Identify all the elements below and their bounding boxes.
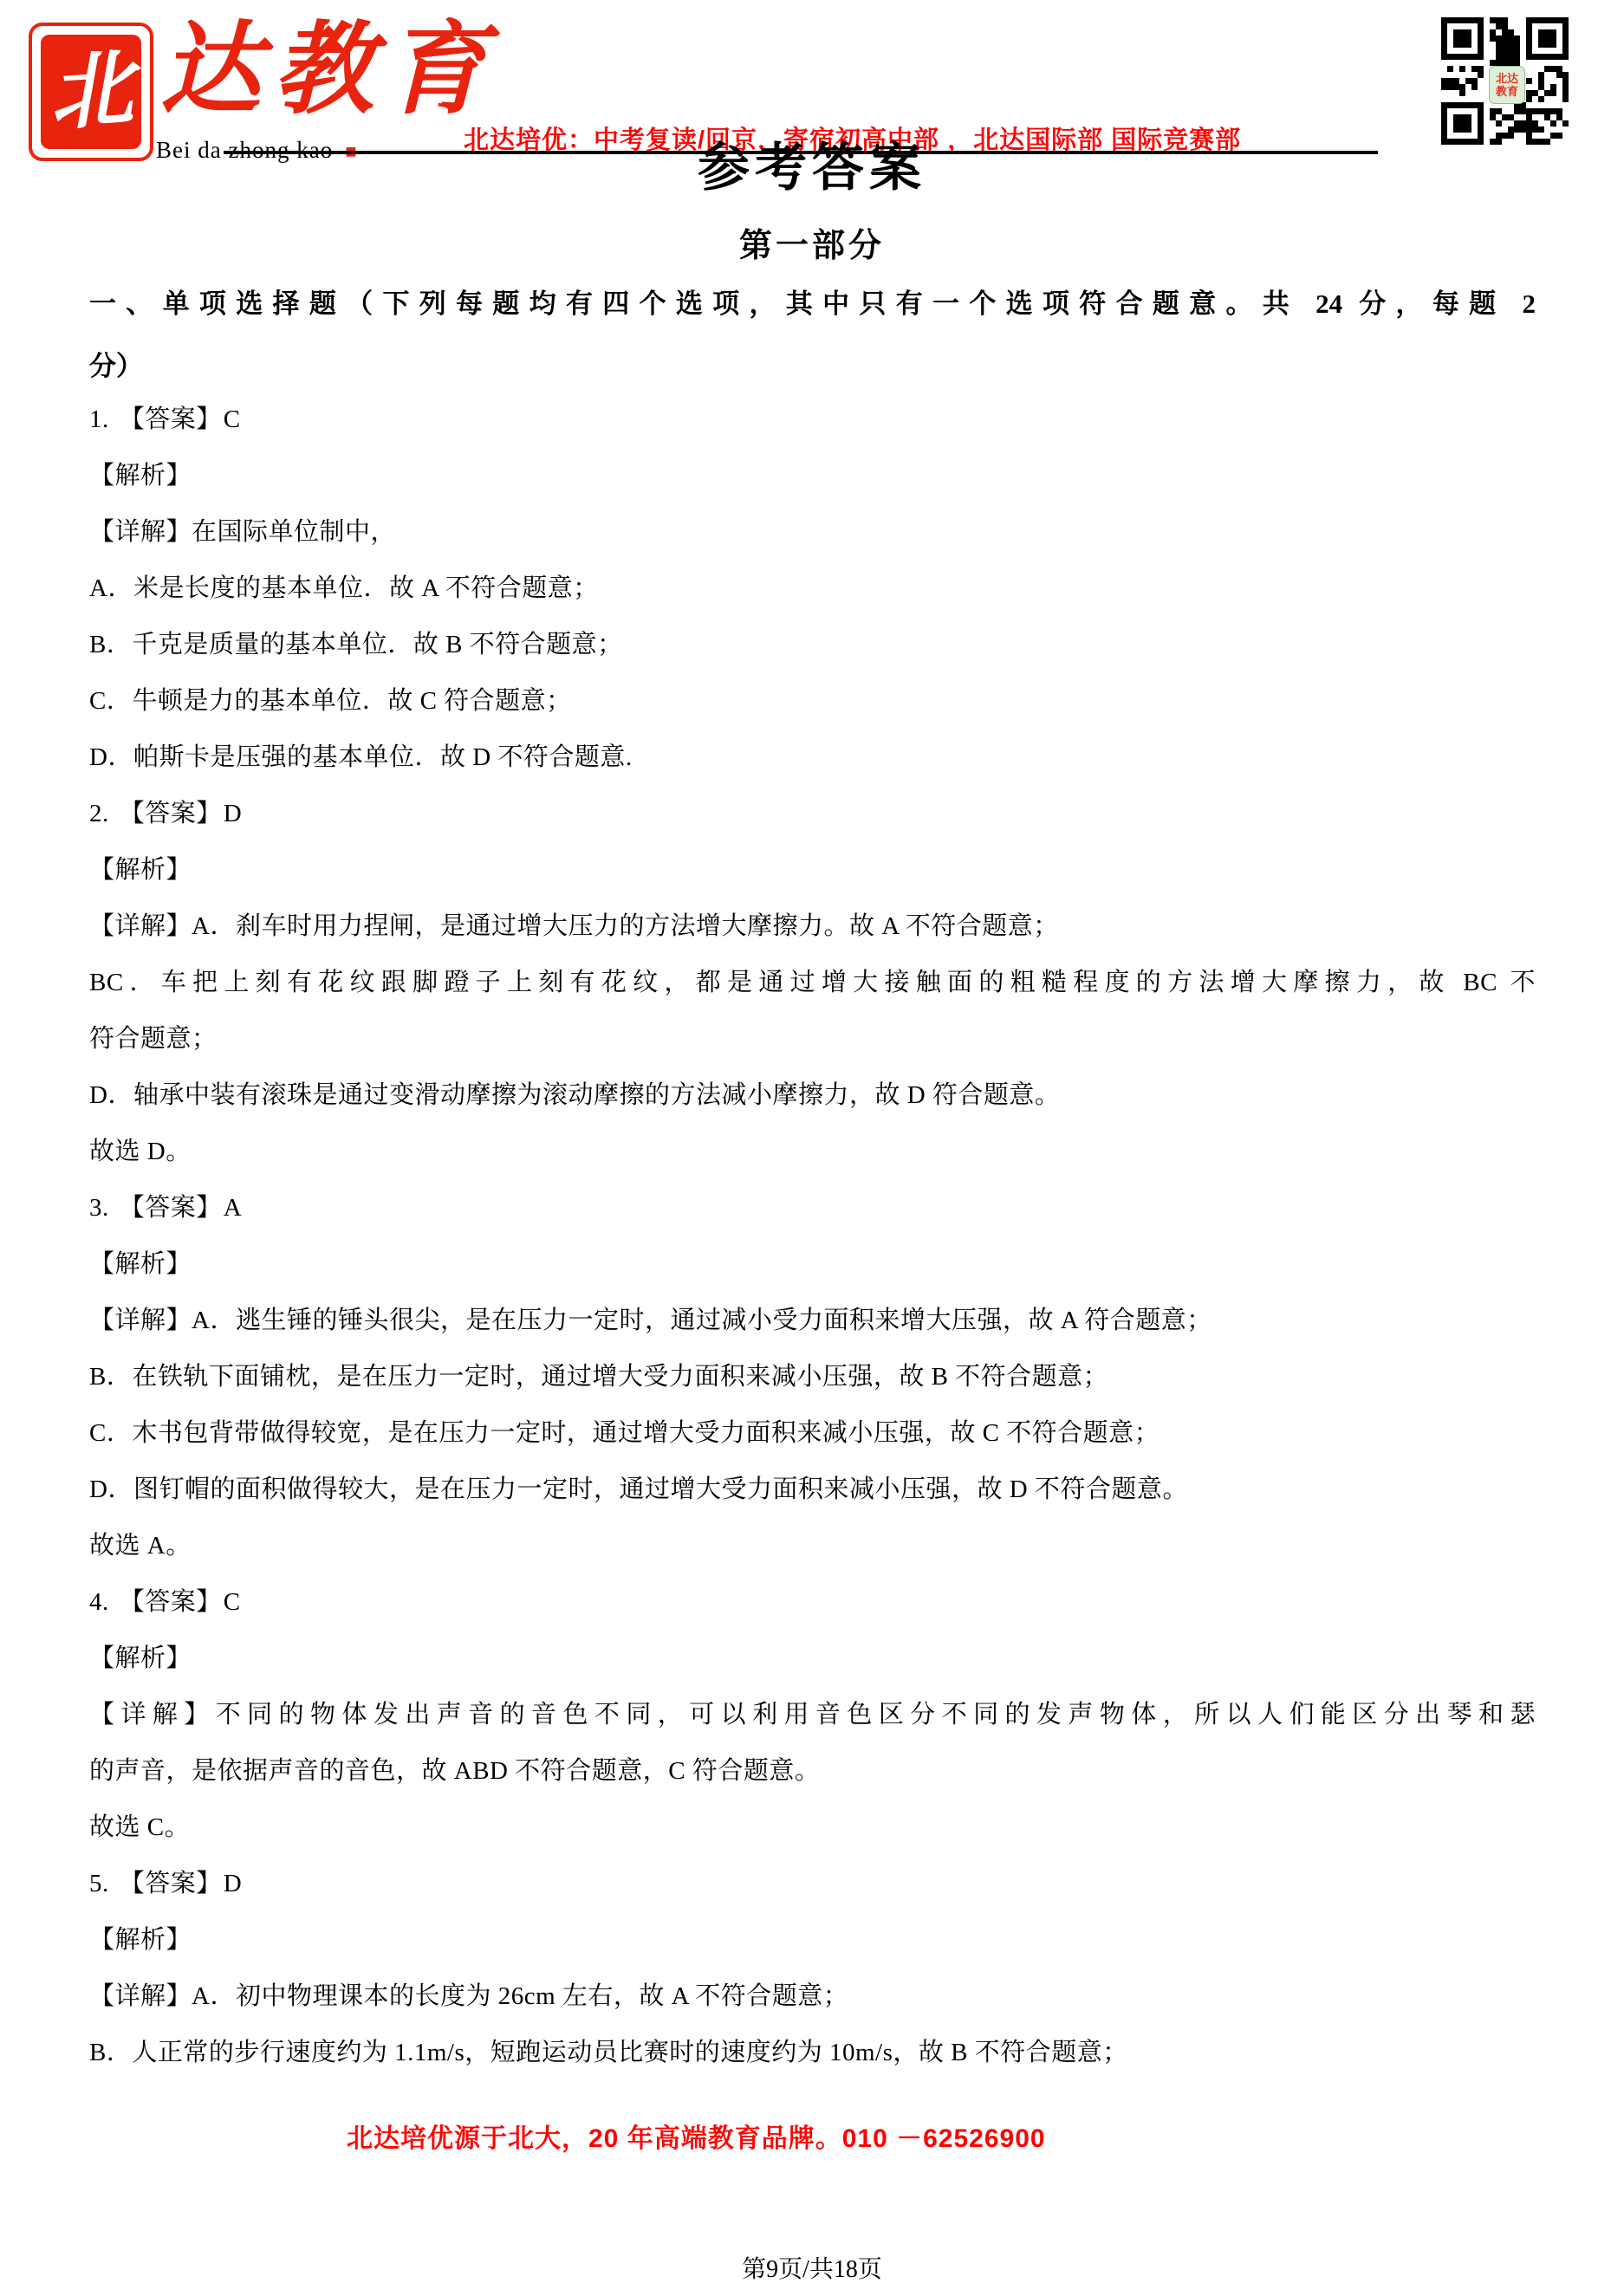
analysis-label: 【解析】 [89, 1644, 192, 1672]
answer-line: 5.【答案】D [89, 1856, 1536, 1912]
answer-value: A [224, 1194, 242, 1222]
seal-character: 北 [47, 48, 135, 136]
detail-line: 【详解】A．刹车时用力捏闸，是通过增大压力的方法增大摩擦力。故 A 不符合题意； [89, 898, 1536, 955]
page-title: 参考答案 [0, 126, 1624, 201]
brand-name: 达教育 [160, 19, 498, 123]
answer-label: 【答案】 [120, 405, 222, 433]
qr-center-label: 北达 教育 [1489, 66, 1525, 104]
detail-line: 故选 C。 [89, 1800, 1536, 1856]
analysis-line: 【解析】 [89, 1631, 1536, 1687]
detail-line: A．米是长度的基本单位．故 A 不符合题意； [89, 561, 1536, 617]
question-number: 4. [89, 1588, 109, 1616]
qr-center-label-line1: 北达 [1496, 72, 1518, 85]
analysis-line: 【解析】 [89, 842, 1536, 898]
detail-line: C．木书包背带做得较宽，是在压力一定时，通过增大受力面积来减小压强，故 C 不符… [89, 1405, 1536, 1462]
answer-label: 【答案】 [120, 1870, 222, 1897]
analysis-label: 【解析】 [89, 1250, 192, 1278]
detail-line: 的声音，是依据声音的音色，故 ABD 不符合题意，C 符合题意。 [89, 1743, 1536, 1800]
question-number: 1. [89, 405, 109, 433]
detail-line: B．人正常的步行速度约为 1.1m/s，短跑运动员比赛时的速度约为 10m/s，… [89, 2025, 1536, 2081]
detail-line: 【详解】不同的物体发出声音的音色不同，可以利用音色区分不同的发声物体，所以人们能… [89, 1687, 1536, 1743]
detail-line: 故选 D。 [89, 1124, 1536, 1180]
answer-value: C [224, 405, 241, 433]
answer-label: 【答案】 [120, 800, 222, 827]
detail-line: 【详解】A．逃生锤的锤头很尖，是在压力一定时，通过减小受力面积来增大压强，故 A… [89, 1293, 1536, 1349]
detail-line: D．帕斯卡是压强的基本单位．故 D 不符合题意. [89, 730, 1536, 786]
answers-list: 1.【答案】C【解析】【详解】在国际单位制中，A．米是长度的基本单位．故 A 不… [89, 392, 1536, 2081]
answer-label: 【答案】 [120, 1588, 222, 1616]
answer-value: C [224, 1588, 241, 1616]
detail-line: BC．车把上刻有花纹跟脚蹬子上刻有花纹，都是通过增大接触面的粗糙程度的方法增大摩… [89, 955, 1536, 1011]
analysis-label: 【解析】 [89, 1926, 192, 1954]
answer-value: D [224, 1870, 242, 1897]
section-heading-line1: 一、单项选择题（下列每题均有四个选项，其中只有一个选项符合题意。共 24 分，每… [89, 284, 1536, 324]
question-number: 2. [89, 800, 109, 827]
qr-center-label-line2: 教育 [1496, 85, 1518, 98]
question-number: 5. [89, 1870, 109, 1897]
answer-line: 4.【答案】C [89, 1574, 1536, 1631]
answer-line: 2.【答案】D [89, 786, 1536, 842]
detail-line: B．在铁轨下面铺枕，是在压力一定时，通过增大受力面积来减小压强，故 B 不符合题… [89, 1349, 1536, 1405]
detail-line: D．轴承中装有滚珠是通过变滑动摩擦为滚动摩擦的方法减小摩擦力，故 D 符合题意。 [89, 1067, 1536, 1124]
detail-line: 【详解】A．初中物理课本的长度为 26cm 左右，故 A 不符合题意； [89, 1968, 1536, 2025]
answer-value: D [224, 800, 242, 827]
detail-line: C．牛顿是力的基本单位．故 C 符合题意； [89, 673, 1536, 730]
page-indicator: 第9页/共18页 [0, 2253, 1624, 2287]
analysis-line: 【解析】 [89, 1912, 1536, 1968]
detail-line: D．图钉帽的面积做得较大，是在压力一定时，通过增大受力面积来减小压强，故 D 不… [89, 1462, 1536, 1518]
analysis-label: 【解析】 [89, 462, 192, 490]
answer-label: 【答案】 [120, 1194, 222, 1222]
analysis-line: 【解析】 [89, 448, 1536, 504]
analysis-line: 【解析】 [89, 1236, 1536, 1293]
part-heading: 第一部分 [0, 218, 1624, 266]
footer-promo: 北达培优源于北大，20 年高端教育品牌。010 －62526900 [347, 2119, 1046, 2158]
detail-line: 符合题意； [89, 1011, 1536, 1067]
answer-line: 1.【答案】C [89, 392, 1536, 448]
section-heading-line2: 分） [89, 347, 1536, 386]
detail-line: 【详解】在国际单位制中， [89, 504, 1536, 561]
answer-line: 3.【答案】A [89, 1180, 1536, 1236]
detail-line: B．千克是质量的基本单位．故 B 不符合题意； [89, 617, 1536, 673]
question-number: 3. [89, 1194, 109, 1222]
analysis-label: 【解析】 [89, 856, 192, 884]
detail-line: 故选 A。 [89, 1518, 1536, 1574]
